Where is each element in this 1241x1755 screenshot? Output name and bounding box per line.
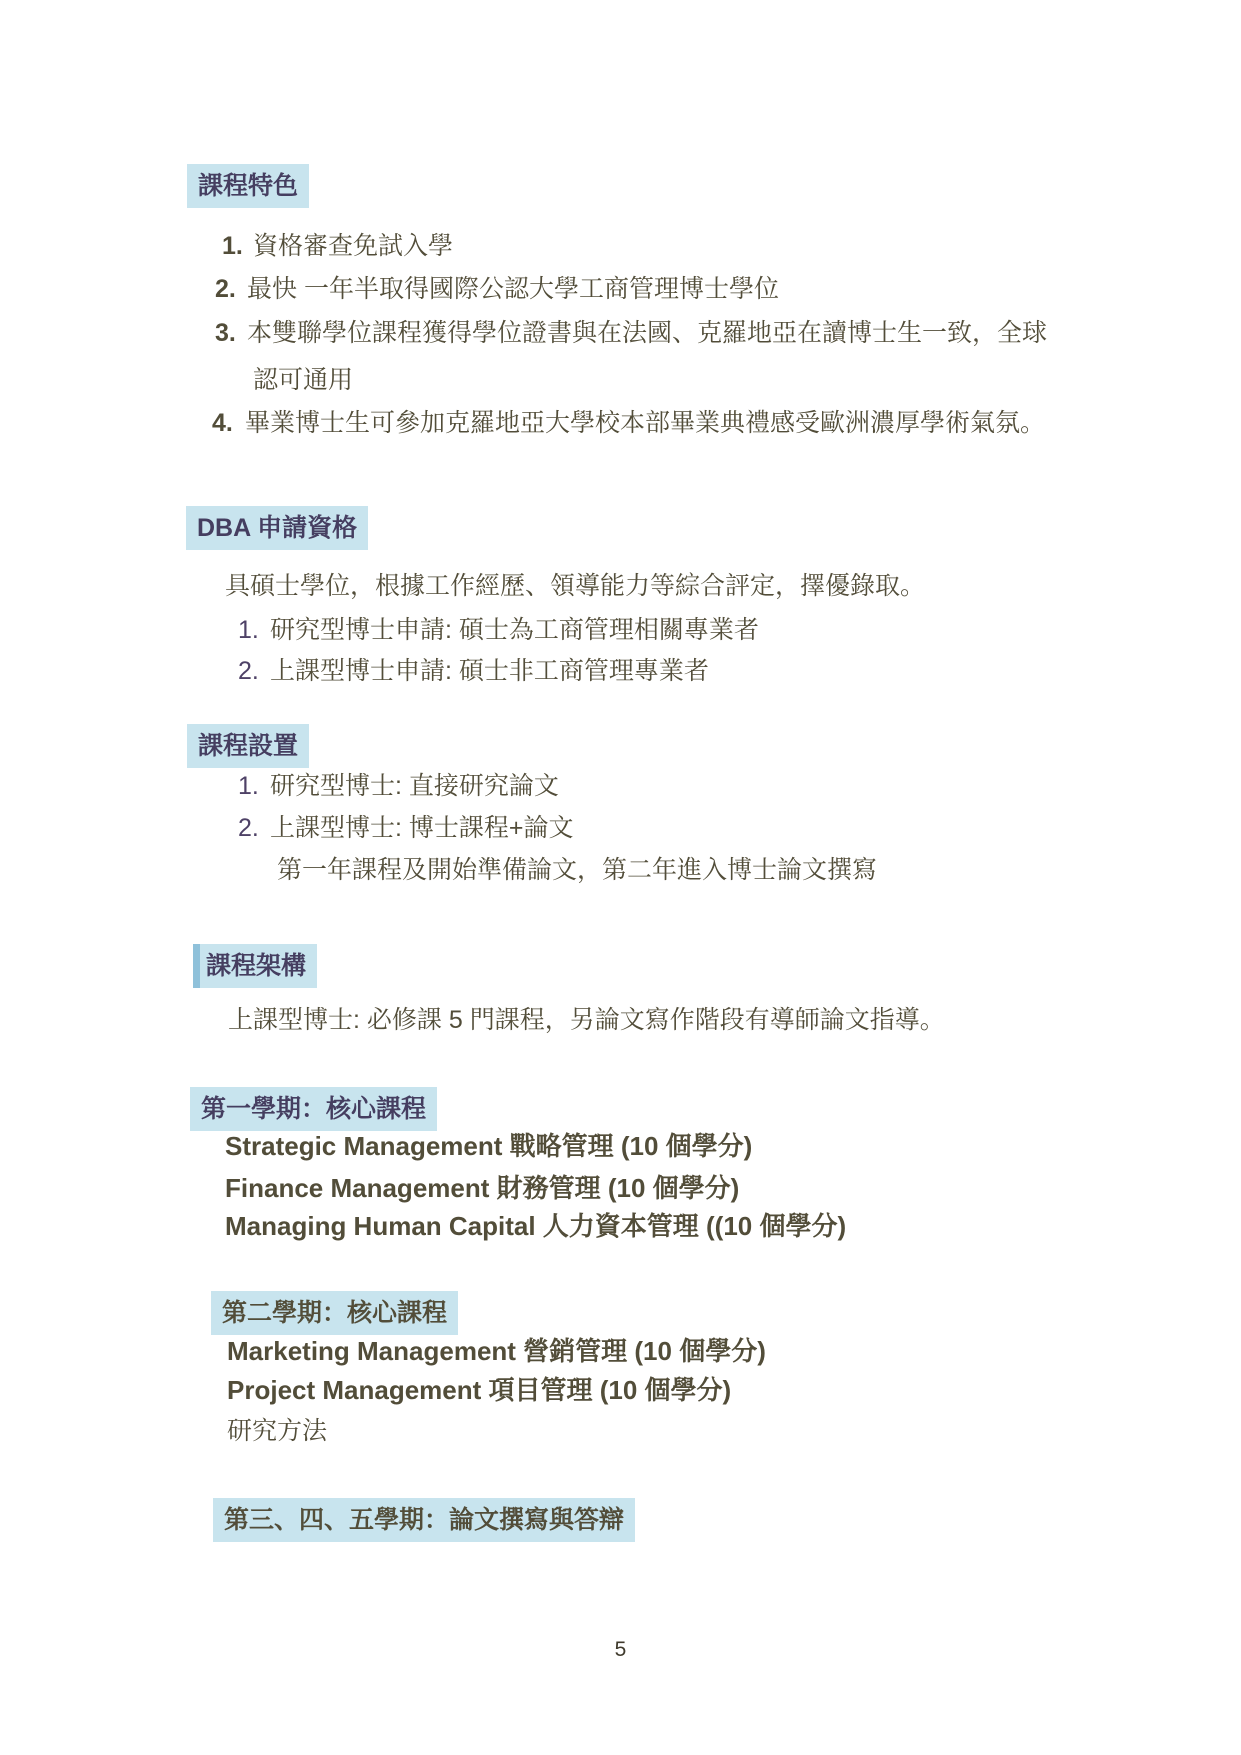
list-item-text: 本雙聯學位課程獲得學位證書與在法國、克羅地亞在讀博士生一致，全球 — [247, 319, 1047, 347]
list-item: 1.研究型博士申請: 碩士為工商管理相關專業者 — [238, 614, 759, 647]
list-number: 3. — [215, 317, 247, 350]
list-number: 4. — [212, 407, 245, 440]
list-item-text: 上課型博士: 博士課程+論文 — [270, 814, 574, 842]
list-item: 2.上課型博士申請: 碩士非工商管理專業者 — [238, 655, 709, 688]
section-heading-semester1: 第一學期：核心課程 — [190, 1087, 437, 1131]
course-text: Project Management 項目管理 (10 個學分) — [227, 1375, 731, 1405]
list-item-text: 畢業博士生可參加克羅地亞大學校本部畢業典禮感受歐洲濃厚學術氣氛。 — [245, 409, 1045, 437]
list-item-text: 認可通用 — [253, 366, 353, 394]
list-number: 2. — [238, 812, 270, 845]
section-heading-features: 課程特色 — [187, 164, 309, 208]
paragraph: 具碩士學位，根據工作經歷、領導能力等綜合評定，擇優錄取。 — [225, 570, 925, 603]
course-line: Managing Human Capital 人力資本管理 ((10 個學分) — [225, 1210, 846, 1244]
list-item: 4.畢業博士生可參加克羅地亞大學校本部畢業典禮感受歐洲濃厚學術氣氛。 — [212, 407, 1045, 440]
section-heading-setup: 課程設置 — [187, 724, 309, 768]
paragraph-text: 具碩士學位，根據工作經歷、領導能力等綜合評定，擇優錄取。 — [225, 572, 925, 600]
list-item-text: 上課型博士申請: 碩士非工商管理專業者 — [270, 657, 709, 685]
course-line: Strategic Management 戰略管理 (10 個學分) — [225, 1130, 752, 1164]
note-line: 第一年課程及開始準備論文，第二年進入博士論文撰寫 — [277, 854, 877, 887]
list-item: 2.上課型博士: 博士課程+論文 — [238, 812, 574, 845]
course-line: 研究方法 — [227, 1415, 327, 1448]
list-number: 1. — [238, 614, 270, 647]
course-line: Marketing Management 營銷管理 (10 個學分) — [227, 1335, 766, 1369]
paragraph: 上課型博士: 必修課 5 門課程，另論文寫作階段有導師論文指導。 — [228, 1004, 945, 1037]
list-number: 2. — [238, 655, 270, 688]
list-item-text: 研究型博士申請: 碩士為工商管理相關專業者 — [270, 616, 759, 644]
list-item: 3.本雙聯學位課程獲得學位證書與在法國、克羅地亞在讀博士生一致，全球 — [215, 317, 1047, 350]
list-item-text: 研究型博士: 直接研究論文 — [270, 772, 559, 800]
course-text: Finance Management 財務管理 (10 個學分) — [225, 1173, 739, 1203]
course-text: Managing Human Capital 人力資本管理 ((10 個學分) — [225, 1211, 846, 1241]
list-number: 2. — [215, 273, 247, 306]
course-line: Finance Management 財務管理 (10 個學分) — [225, 1172, 739, 1206]
section-heading-semester2: 第二學期：核心課程 — [211, 1291, 458, 1335]
list-number: 1. — [238, 770, 270, 803]
list-item: 1.資格審查免試入學 — [222, 230, 453, 263]
note-text: 第一年課程及開始準備論文，第二年進入博士論文撰寫 — [277, 856, 877, 884]
course-text: Marketing Management 營銷管理 (10 個學分) — [227, 1336, 766, 1366]
course-text: 研究方法 — [227, 1417, 327, 1445]
course-line: Project Management 項目管理 (10 個學分) — [227, 1374, 731, 1408]
list-item-continuation: 認可通用 — [253, 364, 353, 397]
section-heading-structure: 課程架構 — [193, 944, 317, 988]
document-page: 課程特色 1.資格審查免試入學 2.最快 一年半取得國際公認大學工商管理博士學位… — [0, 0, 1241, 1755]
section-heading-dba: DBA 申請資格 — [186, 506, 368, 550]
list-item-text: 最快 一年半取得國際公認大學工商管理博士學位 — [247, 275, 779, 303]
paragraph-text: 上課型博士: 必修課 5 門課程，另論文寫作階段有導師論文指導。 — [228, 1006, 945, 1034]
list-item: 2.最快 一年半取得國際公認大學工商管理博士學位 — [215, 273, 779, 306]
section-heading-semester345: 第三、四、五學期：論文撰寫與答辯 — [213, 1498, 635, 1542]
list-number: 1. — [222, 230, 253, 263]
list-item: 1.研究型博士: 直接研究論文 — [238, 770, 559, 803]
course-text: Strategic Management 戰略管理 (10 個學分) — [225, 1131, 752, 1161]
page-number: 5 — [0, 1638, 1241, 1662]
list-item-text: 資格審查免試入學 — [253, 232, 453, 260]
